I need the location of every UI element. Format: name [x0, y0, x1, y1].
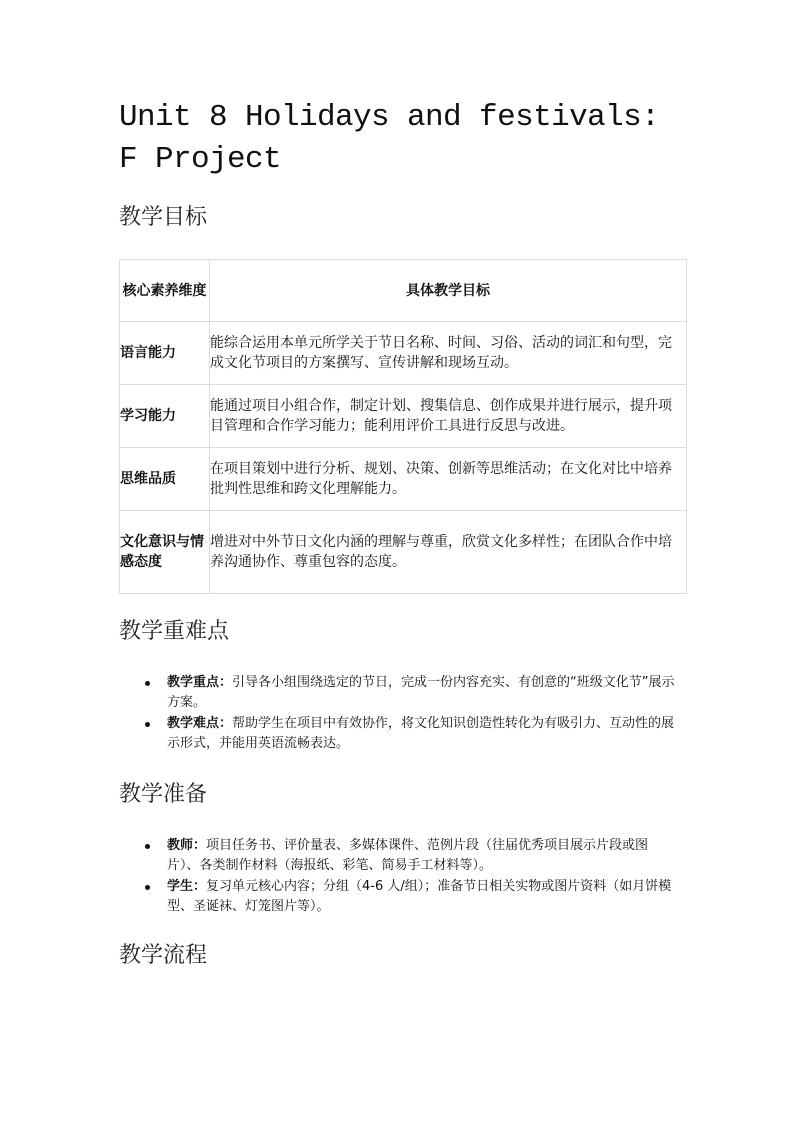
item-term: 教学难点: [167, 716, 219, 731]
item-separator: ：: [193, 838, 206, 853]
goal-cell: 增进对中外节日文化内涵的理解与尊重，欣赏文化多样性；在团队合作中培养沟通协作、尊…: [210, 511, 687, 594]
preparation-list: 教师：项目任务书、评价量表、多媒体课件、范例片段（往届优秀项目展示片段或图片）、…: [167, 836, 677, 918]
item-separator: ：: [193, 879, 206, 894]
item-separator: ：: [219, 716, 232, 731]
section-heading-objectives: 教学目标: [119, 203, 207, 233]
column-header-goal: 具体教学目标: [210, 260, 687, 322]
goal-cell: 能综合运用本单元所学关于节日名称、时间、习俗、活动的词汇和句型，完成文化节项目的…: [210, 322, 687, 385]
section-heading-process: 教学流程: [119, 941, 207, 971]
table-row: 学习能力 能通过项目小组合作，制定计划、搜集信息、创作成果并进行展示，提升项目管…: [120, 385, 687, 448]
goal-cell: 能通过项目小组合作，制定计划、搜集信息、创作成果并进行展示，提升项目管理和合作学…: [210, 385, 687, 448]
dimension-cell: 学习能力: [120, 385, 210, 448]
item-text: 引导各小组围绕选定的节日，完成一份内容充实、有创意的“班级文化节”展示方案。: [167, 675, 675, 710]
item-term: 教师: [167, 838, 193, 853]
table-row: 思维品质 在项目策划中进行分析、规划、决策、创新等思维活动；在文化对比中培养批判…: [120, 448, 687, 511]
item-text: 复习单元核心内容；分组（4-6 人/组）；准备节日相关实物或图片资料（如月饼模型…: [167, 879, 671, 914]
table-row: 语言能力 能综合运用本单元所学关于节日名称、时间、习俗、活动的词汇和句型，完成文…: [120, 322, 687, 385]
bullet-icon: [145, 844, 150, 849]
dimension-cell: 语言能力: [120, 322, 210, 385]
column-header-dimension: 核心素养维度: [120, 260, 210, 322]
item-term: 教学重点: [167, 675, 219, 690]
list-item: 教师：项目任务书、评价量表、多媒体课件、范例片段（往届优秀项目展示片段或图片）、…: [167, 836, 677, 876]
item-text: 项目任务书、评价量表、多媒体课件、范例片段（往届优秀项目展示片段或图片）、各类制…: [167, 838, 648, 873]
item-term: 学生: [167, 879, 193, 894]
bullet-icon: [145, 885, 150, 890]
item-text: 帮助学生在项目中有效协作，将文化知识创造性转化为有吸引力、互动性的展示形式，并能…: [167, 716, 674, 751]
item-separator: ：: [219, 675, 232, 690]
key-points-list: 教学重点：引导各小组围绕选定的节日，完成一份内容充实、有创意的“班级文化节”展示…: [167, 673, 677, 755]
list-item: 学生：复习单元核心内容；分组（4-6 人/组）；准备节日相关实物或图片资料（如月…: [167, 877, 677, 917]
document-title: Unit 8 Holidays and festivals: F Project: [119, 97, 687, 181]
dimension-cell: 思维品质: [120, 448, 210, 511]
dimension-cell: 文化意识与情感态度: [120, 511, 210, 594]
table-row: 文化意识与情感态度 增进对中外节日文化内涵的理解与尊重，欣赏文化多样性；在团队合…: [120, 511, 687, 594]
section-heading-key-points: 教学重难点: [119, 617, 229, 647]
list-item: 教学难点：帮助学生在项目中有效协作，将文化知识创造性转化为有吸引力、互动性的展示…: [167, 714, 677, 754]
goal-cell: 在项目策划中进行分析、规划、决策、创新等思维活动；在文化对比中培养批判性思维和跨…: [210, 448, 687, 511]
bullet-icon: [145, 722, 150, 727]
list-item: 教学重点：引导各小组围绕选定的节日，完成一份内容充实、有创意的“班级文化节”展示…: [167, 673, 677, 713]
bullet-icon: [145, 681, 150, 686]
objectives-table: 核心素养维度 具体教学目标 语言能力 能综合运用本单元所学关于节日名称、时间、习…: [119, 259, 687, 594]
table-header-row: 核心素养维度 具体教学目标: [120, 260, 687, 322]
section-heading-preparation: 教学准备: [119, 780, 207, 810]
